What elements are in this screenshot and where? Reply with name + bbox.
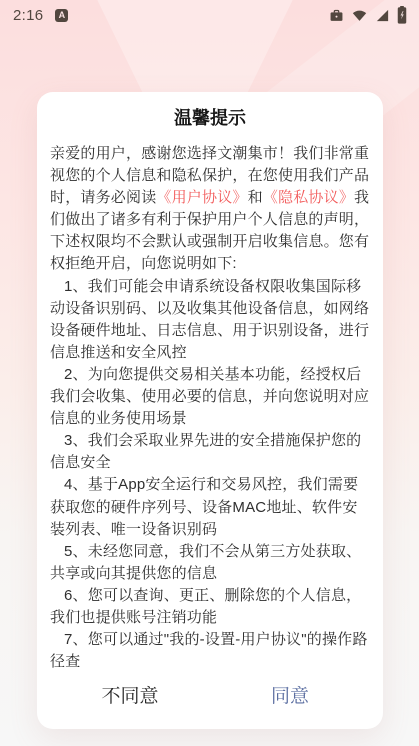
status-bar-left: 2:16 A	[13, 7, 68, 24]
battery-charging-icon	[397, 6, 407, 24]
policy-item: 4、基于App安全运行和交易风控，我们需要获取您的硬件序列号、设备MAC地址、软…	[50, 474, 370, 540]
privacy-consent-dialog: 温馨提示 亲爱的用户，感谢您选择文潮集市！我们非常重视您的个人信息和隐私保护，在…	[37, 92, 383, 729]
policy-item: 5、未经您同意，我们不会从第三方处获取、共享或向其提供您的信息	[50, 541, 370, 585]
agreement-link[interactable]: 《用户协议》	[156, 189, 247, 206]
clock: 2:16	[13, 7, 43, 24]
agree-button[interactable]: 同意	[210, 683, 370, 711]
intro-paragraph: 亲爱的用户，感谢您选择文潮集市！我们非常重视您的个人信息和隐私保护，在您使用我们…	[50, 143, 370, 276]
dialog-title: 温馨提示	[50, 105, 370, 131]
policy-item: 7、您可以通过"我的-设置-用户协议"的操作路径查	[50, 629, 370, 673]
policy-item: 2、为向您提供交易相关基本功能，经授权后我们会收集、使用必要的信息，并向您说明对…	[50, 364, 370, 430]
status-bar-right	[329, 6, 407, 24]
app-screen: 2:16 A	[0, 0, 419, 746]
disagree-button[interactable]: 不同意	[50, 683, 210, 711]
cellular-signal-icon	[375, 8, 390, 23]
briefcase-icon	[329, 8, 344, 23]
wifi-icon	[351, 8, 368, 23]
policy-item: 3、我们会采取业界先进的安全措施保护您的信息安全	[50, 430, 370, 474]
policy-item: 6、您可以查询、更正、删除您的个人信息，我们也提供账号注销功能	[50, 585, 370, 629]
agreement-link[interactable]: 《隐私协议》	[263, 189, 354, 206]
policy-item: 1、我们可能会申请系统设备权限收集国际移动设备识别码、以及收集其他设备信息，如网…	[50, 276, 370, 364]
intro-text: 和	[248, 189, 263, 206]
a-badge-icon: A	[55, 9, 68, 22]
policy-list: 1、我们可能会申请系统设备权限收集国际移动设备识别码、以及收集其他设备信息，如网…	[50, 276, 370, 674]
status-bar: 2:16 A	[0, 0, 419, 28]
dialog-actions: 不同意 同意	[50, 683, 370, 711]
dialog-body: 亲爱的用户，感谢您选择文潮集市！我们非常重视您的个人信息和隐私保护，在您使用我们…	[50, 143, 370, 673]
